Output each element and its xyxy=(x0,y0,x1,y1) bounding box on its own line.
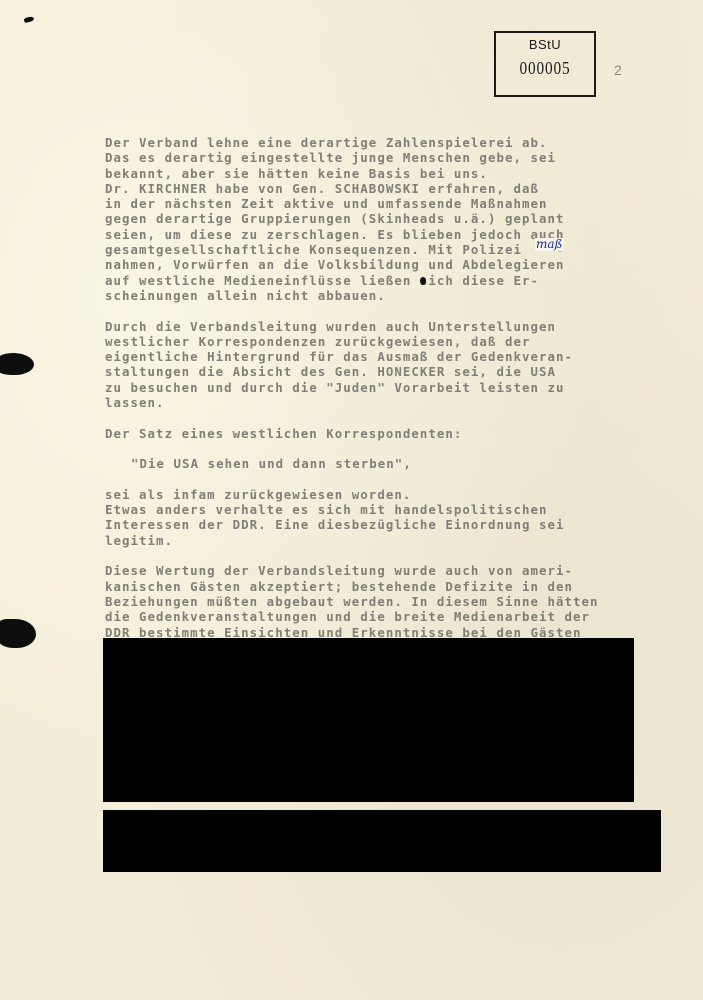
text-line: sei als infam zurückgewiesen worden. xyxy=(105,487,665,502)
punch-hole xyxy=(0,353,34,375)
text-line: Beziehungen müßten abgebaut werden. In d… xyxy=(105,594,665,609)
text-line: in der nächsten Zeit aktive und umfassen… xyxy=(105,196,665,211)
redacted-block xyxy=(103,638,634,802)
handwritten-correction: maß xyxy=(535,238,564,251)
text-line: Dr. KIRCHNER habe von Gen. SCHABOWSKI er… xyxy=(105,181,665,196)
punch-hole xyxy=(0,619,36,648)
text-line: kanischen Gästen akzeptiert; bestehende … xyxy=(105,579,665,594)
ink-mark xyxy=(24,16,35,23)
ink-spot xyxy=(420,277,426,285)
text-line: staltungen die Absicht des Gen. HONECKER… xyxy=(105,364,665,379)
text-line: Der Satz eines westlichen Korrespondente… xyxy=(105,426,665,441)
text-line: legitim. xyxy=(105,533,665,548)
text-line: zu besuchen und durch die "Juden" Vorarb… xyxy=(105,380,665,395)
paragraph: Der Satz eines westlichen Korrespondente… xyxy=(105,426,665,441)
text-line: gegen derartige Gruppierungen (Skinheads… xyxy=(105,211,665,226)
text-line: Interessen der DDR. Eine diesbezügliche … xyxy=(105,517,665,532)
text-line: westlicher Korrespondenzen zurückgewiese… xyxy=(105,334,665,349)
text-line: Durch die Verbandsleitung wurden auch Un… xyxy=(105,319,665,334)
document-page: BStU 000005 2 Der Verband lehne eine der… xyxy=(0,0,703,1000)
text-line: Etwas anders verhalte es sich mit handel… xyxy=(105,502,665,517)
archive-stamp: BStU 000005 xyxy=(494,31,596,97)
paragraph: Der Verband lehne eine derartige Zahlens… xyxy=(105,135,665,303)
text-line: lassen. xyxy=(105,395,665,410)
document-body: Der Verband lehne eine derartige Zahlens… xyxy=(105,135,665,670)
text-line: seien, um diese zu zerschlagen. Es blieb… xyxy=(105,227,665,242)
text-line: auf westliche Medieneinflüsse ließen sic… xyxy=(105,273,665,288)
paragraph: sei als infam zurückgewiesen worden.Etwa… xyxy=(105,487,665,548)
paragraph: Durch die Verbandsleitung wurden auch Un… xyxy=(105,319,665,411)
text-line: Das es derartig eingestellte junge Mensc… xyxy=(105,150,665,165)
text-line: scheinungen allein nicht abbauen. xyxy=(105,288,665,303)
redacted-block xyxy=(103,810,661,872)
text-line: Diese Wertung der Verbandsleitung wurde … xyxy=(105,563,665,578)
paragraph: "Die USA sehen und dann sterben", xyxy=(105,456,665,471)
text-line: nahmen, Vorwürfen an die Volksbildung un… xyxy=(105,257,665,272)
page-number: 2 xyxy=(614,62,622,78)
stamp-number: 000005 xyxy=(503,58,586,79)
text-line: "Die USA sehen und dann sterben", xyxy=(131,456,665,471)
text-line: bekannt, aber sie hätten keine Basis bei… xyxy=(105,166,665,181)
text-line: Der Verband lehne eine derartige Zahlens… xyxy=(105,135,665,150)
text-line: eigentliche Hintergrund für das Ausmaß d… xyxy=(105,349,665,364)
text-line: gesamtgesellschaftliche Konsequenzen. Mi… xyxy=(105,242,665,257)
stamp-title: BStU xyxy=(496,37,594,52)
text-line: die Gedenkveranstaltungen und die breite… xyxy=(105,609,665,624)
